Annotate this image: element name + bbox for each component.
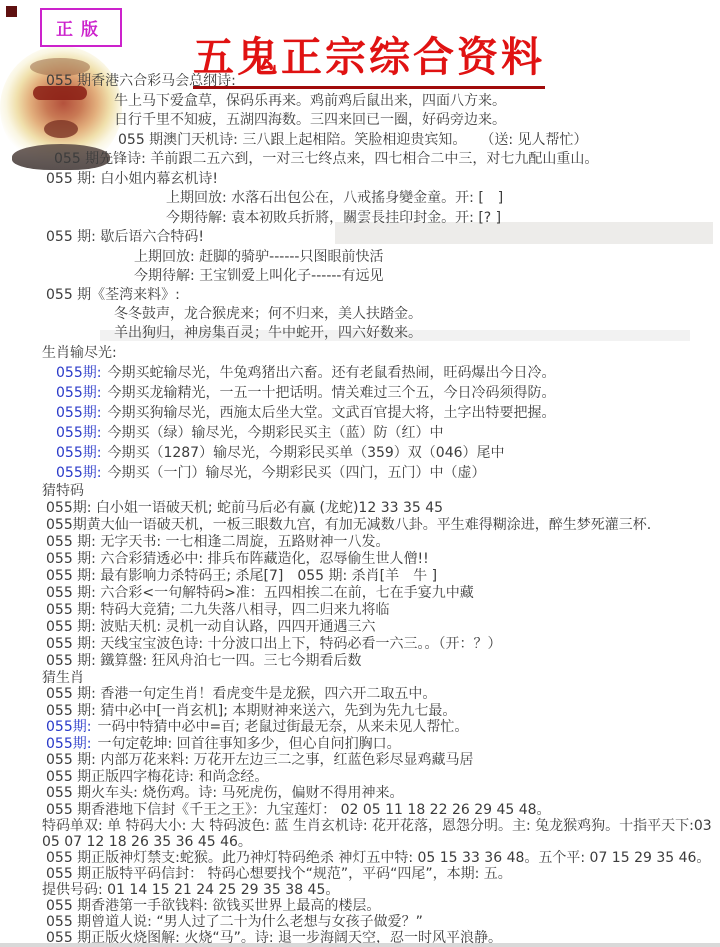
content: 055 期香港六合彩马会总纲诗:牛上马下爱盒草，保码乐再来。鸡前鸡后鼠出来，四面… [42, 72, 720, 946]
text-line: 日行千里不知疲，五湖四海数。三四来回已一圈，好码旁边来。 [42, 111, 720, 131]
period-prefix: 055期: [46, 719, 91, 735]
text-line: 上期回放: 赶脚的骑驴------只图眼前快活 [42, 248, 720, 267]
text-line: 上期回放: 水落石出包公在，八戒搖身變金童。开: [ ] [42, 189, 720, 209]
text-line: 055期: 白小姐一语破天机; 蛇前马后必有赢 (龙蛇)12 33 35 45 [42, 500, 720, 517]
period-prefix: 055期: [46, 736, 91, 752]
text-line: 055 期: 猜中必中[一肖玄机]; 本期财神来送六，先到为先九七最。 [42, 703, 720, 720]
line-text: 055 期: 特码大竞猜; 二九失落八相寻，四二归来九将临 [46, 602, 390, 618]
line-text: 055 期: 天线宝宝波色诗: 十分波口出上下，特码必看一六三。。（开：？） [46, 636, 502, 652]
line-text: 上期回放: 赶脚的骑驴------只图眼前快活 [134, 249, 383, 265]
text-line: 055期:今期买（一门）输尽光，今期彩民买（四门，五门）中（虚） [42, 463, 720, 483]
text-line: 055期:一句定乾坤: 回首往事知多少，但心自问扪胸口。 [42, 736, 720, 753]
line-text: 055 期: 猜中必中[一肖玄机]; 本期财神来送六，先到为先九七最。 [46, 703, 456, 719]
text-line: 055期:今期买（绿）输尽光，今期彩民买主（蓝）防（红）中 [42, 423, 720, 443]
text-line: 055 期澳门天机诗: 三八跟上起相陪。笑脸相迎贵宾知。 （送: 见人帮忙） [42, 131, 720, 151]
text-line: 055期黄大仙一语破天机，一板三眼数九宫，有加无减数八卦。平生难得糊涂进，醉生梦… [42, 517, 720, 534]
section-b: 上期回放: 赶脚的骑驴------只图眼前快活今期待解: 王宝钏爱上叫化子---… [42, 248, 720, 343]
line-text: 05 07 12 18 26 35 36 45 46。 [42, 834, 252, 850]
text-line: 055 期正版神灯禁支:蛇猴。此乃神灯特码绝杀 神灯五中特: 05 15 33 … [42, 850, 720, 866]
line-text: 055 期: 六合彩<一句解特码>准：五四相挨二在前，七在手宴九中藏 [46, 585, 474, 601]
page: 正版 五鬼正宗综合资料 055 期香港六合彩马会总纲诗:牛上马下爱盒草，保码乐再… [0, 0, 720, 947]
line-text: 055 期正版神灯禁支:蛇猴。此乃神灯特码绝杀 神灯五中特: 05 15 33 … [46, 850, 710, 866]
text-line: 055 期: 鐵算盤: 狂风舟泊七一四。三七今期看后数 [42, 653, 720, 670]
section-a: 055 期香港六合彩马会总纲诗:牛上马下爱盒草，保码乐再来。鸡前鸡后鼠出来，四面… [42, 72, 720, 248]
line-text: 一句定乾坤: 回首往事知多少，但心自问扪胸口。 [97, 736, 400, 752]
line-text: 羊出狥归，神房集百灵；牛中蛇开，四六好数来。 [114, 325, 422, 341]
text-line: 055 期正版四字梅花诗: 和尚念经。 [42, 769, 720, 786]
line-text: 特码单双: 单 特码大小: 大 特码波色: 蓝 生肖玄机诗: 花开花落，恩怨分明… [42, 818, 712, 834]
text-line: 055 期曾道人说: “男人过了二十为什么老想与女孩子做爱？” [42, 914, 720, 930]
line-text: 055 期: 六合彩猜透必中: 排兵布阵藏造化，忍辱偷生世人僧!! [46, 551, 429, 567]
line-text: 055期黄大仙一语破天机，一板三眼数九宫，有加无减数八卦。平生难得糊涂进，醉生梦… [46, 517, 651, 533]
text-line: 055 期火车头: 烧伤鸡。诗: 马死虎伤，偏财不得用神来。 [42, 785, 720, 802]
line-text: 今期买（绿）输尽光，今期彩民买主（蓝）防（红）中 [107, 425, 443, 441]
genuine-badge-label: 正版 [56, 20, 106, 40]
text-line: 055 期: 波贴天机: 灵机一动自认路，四四开通遇三六 [42, 619, 720, 636]
text-line: 今期待解: 王宝钏爱上叫化子------有远见 [42, 267, 720, 286]
line-text: 今期待解: 王宝钏爱上叫化子------有远见 [134, 268, 383, 284]
text-line: 今期待解: 袁本初敗兵折將，關雲長挂印封金。开: [? ] [42, 209, 720, 229]
line-text: 055期: 白小姐一语破天机; 蛇前马后必有赢 (龙蛇)12 33 35 45 [46, 500, 443, 516]
line-text: 今期买（一门）输尽光，今期彩民买（四门，五门）中（虚） [107, 465, 485, 481]
page-title: 五鬼正宗综合资料 [193, 24, 545, 89]
period-prefix: 055期: [56, 445, 101, 461]
text-line: 猜特码 [42, 483, 720, 500]
line-text: 055 期: 香港一句定生肖！看虎变牛是龙猴，四六开二取五中。 [46, 686, 436, 702]
period-prefix: 055期: [56, 465, 101, 481]
text-line: 055 期正版特平码信封： 特码心想要找个“规范”，平码“四尾”，本期: 五。 [42, 866, 720, 882]
text-line: 055期:一码中特猜中必中=百; 老鼠过街最无奈，从来未见人帮忙。 [42, 719, 720, 736]
line-text: 今期买龙输精光，一五一十把话明。情关难过三个五，今日冷码须得防。 [107, 385, 555, 401]
line-text: 055 期曾道人说: “男人过了二十为什么老想与女孩子做爱？” [46, 914, 423, 930]
line-text: 055 期火车头: 烧伤鸡。诗: 马死虎伤，偏财不得用神来。 [46, 785, 404, 801]
text-line: 055 期: 六合彩<一句解特码>准：五四相挨二在前，七在手宴九中藏 [42, 585, 720, 602]
line-text: 055 期香港第一手欲钱料: 欲钱买世界上最高的楼层。 [46, 898, 380, 914]
section-f: 055 期香港地下信封《千王之王》：九宝莲灯： 02 05 11 18 22 2… [42, 802, 720, 946]
text-line: 055 期: 无字天书: 一七相逢二周旋，五路财神一八发。 [42, 534, 720, 551]
line-text: 055 期澳门天机诗: 三八跟上起相陪。笑脸相迎贵宾知。 （送: 见人帮忙） [118, 132, 588, 148]
line-text: 055 期: 无字天书: 一七相逢二周旋，五路财神一八发。 [46, 534, 390, 550]
line-text: 055 期: 最有影响力杀特码王; 杀尾[7] 055 期: 杀肖[羊 牛 ] [46, 568, 437, 584]
line-text: 今期买（1287）输尽光，今期彩民买单（359）双（046）尾中 [107, 445, 504, 461]
line-text: 猜生肖 [42, 670, 84, 686]
line-text: 055 期先锋诗: 羊前跟二五六到，一对三七终点来，四七相合二中三，对七九配山重… [54, 151, 598, 167]
text-line: 055 期: 六合彩猜透必中: 排兵布阵藏造化，忍辱偷生世人僧!! [42, 551, 720, 568]
text-line: 055 期先锋诗: 羊前跟二五六到，一对三七终点来，四七相合二中三，对七九配山重… [42, 150, 720, 170]
text-line: 055 期: 内部万花来料: 万花开左边三二之事，红蓝色彩尽显鸡藏马居 [42, 752, 720, 769]
line-text: 055 期正版四字梅花诗: 和尚念经。 [46, 769, 268, 785]
line-text: 055 期正版特平码信封： 特码心想要找个“规范”，平码“四尾”，本期: 五。 [46, 866, 512, 882]
text-line: 提供号码: 01 14 15 21 24 25 29 35 38 45。 [42, 882, 720, 898]
period-prefix: 055期: [56, 385, 101, 401]
line-text: 055 期: 白小姐内幕玄机诗! [46, 171, 218, 187]
line-text: 今期待解: 袁本初敗兵折將，關雲長挂印封金。开: [? ] [166, 210, 501, 226]
text-line: 055期:今期买狗输尽光，西施太后坐大堂。文武百官提大将，土字出特要把握。 [42, 403, 720, 423]
period-prefix: 055期: [56, 365, 101, 381]
text-line: 生肖输尽光: [42, 343, 720, 363]
line-text: 今期买狗输尽光，西施太后坐大堂。文武百官提大将，土字出特要把握。 [107, 405, 555, 421]
line-text: 牛上马下爱盒草，保码乐再来。鸡前鸡后鼠出来，四面八方来。 [114, 93, 506, 109]
section-c: 生肖输尽光:055期:今期买蛇输尽光，牛兔鸡猪出六畜。还有老鼠看热闹，旺码爆出今… [42, 343, 720, 483]
line-text: 猜特码 [42, 483, 84, 499]
text-line: 055 期《荃湾来料》: [42, 286, 720, 305]
bottom-edge [0, 943, 720, 947]
text-line: 特码单双: 单 特码大小: 大 特码波色: 蓝 生肖玄机诗: 花开花落，恩怨分明… [42, 818, 720, 834]
text-line: 055 期: 天线宝宝波色诗: 十分波口出上下，特码必看一六三。。（开：？） [42, 636, 720, 653]
text-line: 055期:今期买龙输精光，一五一十把话明。情关难过三个五，今日冷码须得防。 [42, 383, 720, 403]
line-text: 055 期: 鐵算盤: 狂风舟泊七一四。三七今期看后数 [46, 653, 362, 669]
text-line: 055 期: 特码大竞猜; 二九失落八相寻，四二归来九将临 [42, 602, 720, 619]
text-line: 055 期: 香港一句定生肖！看虎变牛是龙猴，四六开二取五中。 [42, 686, 720, 703]
section-e: 猜生肖055 期: 香港一句定生肖！看虎变牛是龙猴，四六开二取五中。055 期:… [42, 670, 720, 802]
text-line: 055期:今期买（1287）输尽光，今期彩民买单（359）双（046）尾中 [42, 443, 720, 463]
line-text: 提供号码: 01 14 15 21 24 25 29 35 38 45。 [42, 882, 339, 898]
genuine-badge: 正版 [40, 8, 122, 47]
line-text: 生肖输尽光: [42, 345, 117, 361]
text-line: 牛上马下爱盒草，保码乐再来。鸡前鸡后鼠出来，四面八方来。 [42, 92, 720, 112]
line-text: 冬冬鼓声，龙合猴虎来；何不归来，美人扶踏金。 [114, 306, 422, 322]
text-line: 055 期香港第一手欲钱料: 欲钱买世界上最高的楼层。 [42, 898, 720, 914]
line-text: 055 期《荃湾来料》: [46, 287, 180, 303]
section-d: 猜特码055期: 白小姐一语破天机; 蛇前马后必有赢 (龙蛇)12 33 35 … [42, 483, 720, 670]
text-line: 猜生肖 [42, 670, 720, 687]
corner-mark [6, 6, 17, 17]
period-prefix: 055期: [56, 405, 101, 421]
text-line: 羊出狥归，神房集百灵；牛中蛇开，四六好数来。 [42, 324, 720, 343]
text-line: 055 期: 最有影响力杀特码王; 杀尾[7] 055 期: 杀肖[羊 牛 ] [42, 568, 720, 585]
text-line: 05 07 12 18 26 35 36 45 46。 [42, 834, 720, 850]
line-text: 上期回放: 水落石出包公在，八戒搖身變金童。开: [ ] [166, 190, 503, 206]
line-text: 055 期: 内部万花来料: 万花开左边三二之事，红蓝色彩尽显鸡藏马居 [46, 752, 474, 768]
text-line: 055 期: 歇后语六合特码! [42, 228, 720, 248]
line-text: 055 期: 波贴天机: 灵机一动自认路，四四开通遇三六 [46, 619, 376, 635]
period-prefix: 055期: [56, 425, 101, 441]
line-text: 今期买蛇输尽光，牛兔鸡猪出六畜。还有老鼠看热闹，旺码爆出今日冷。 [107, 365, 555, 381]
text-line: 055期:今期买蛇输尽光，牛兔鸡猪出六畜。还有老鼠看热闹，旺码爆出今日冷。 [42, 363, 720, 383]
line-text: 一码中特猜中必中=百; 老鼠过街最无奈，从来未见人帮忙。 [97, 719, 468, 735]
line-text: 055 期: 歇后语六合特码! [46, 229, 204, 245]
text-line: 055 期: 白小姐内幕玄机诗! [42, 170, 720, 190]
line-text: 055 期香港地下信封《千王之王》：九宝莲灯： 02 05 11 18 22 2… [46, 802, 551, 818]
text-line: 冬冬鼓声，龙合猴虎来；何不归来，美人扶踏金。 [42, 305, 720, 324]
text-line: 055 期香港地下信封《千王之王》：九宝莲灯： 02 05 11 18 22 2… [42, 802, 720, 818]
line-text: 日行千里不知疲，五湖四海数。三四来回已一圈，好码旁边来。 [114, 112, 506, 128]
